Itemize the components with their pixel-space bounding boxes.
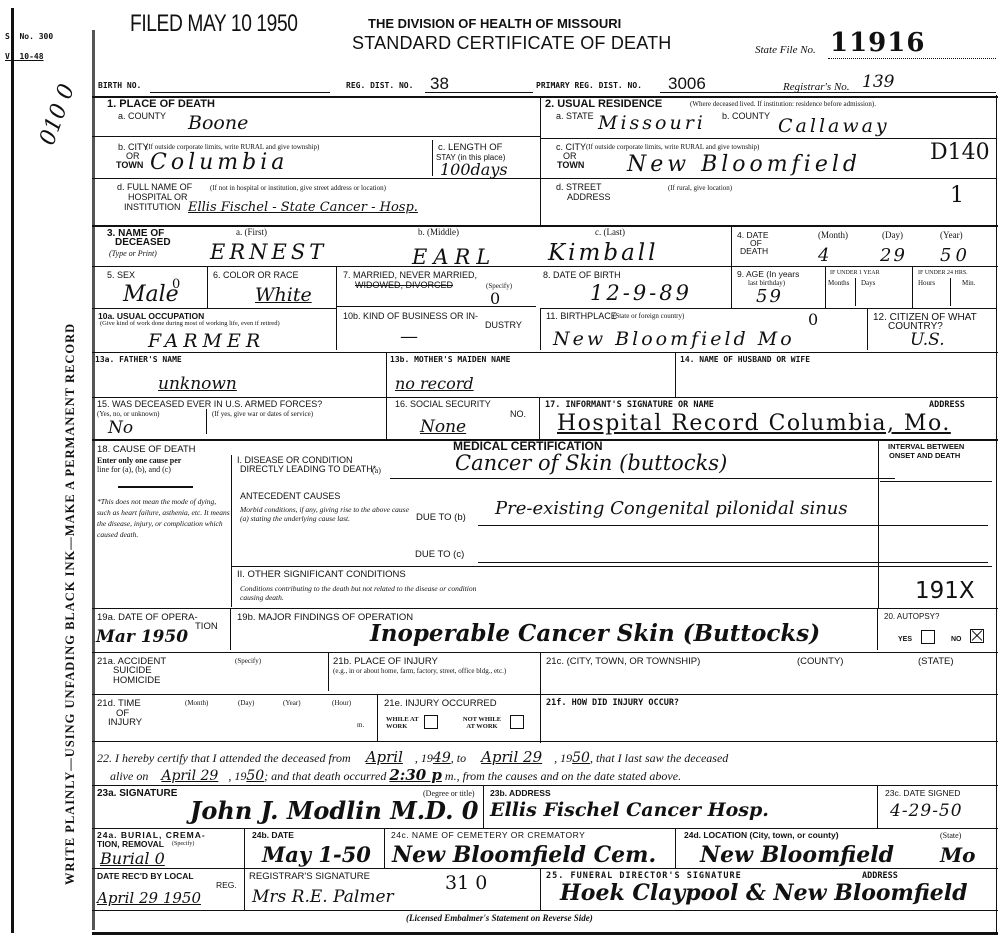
- line: [207, 267, 208, 308]
- injury-year-label: (Year): [283, 700, 301, 707]
- mother-value[interactable]: no record: [395, 374, 474, 393]
- line: [877, 786, 878, 828]
- line: [675, 352, 676, 397]
- line: [540, 308, 541, 350]
- cause-of-death-label: 18. CAUSE OF DEATH: [97, 445, 196, 455]
- business-label-2: DUSTRY: [485, 321, 522, 330]
- line: [675, 828, 676, 868]
- business-label: 10b. KIND OF BUSINESS OR IN-: [343, 312, 478, 321]
- first-name-value[interactable]: ERNEST: [210, 240, 327, 264]
- last-seen-year[interactable]: 50: [246, 768, 264, 784]
- state-file-label: State File No.: [755, 44, 816, 56]
- cemetery-value[interactable]: New Bloomfield Cem.: [392, 842, 656, 868]
- residence-city-mark: D140: [930, 140, 990, 165]
- sex-label: 5. SEX: [107, 271, 135, 280]
- registrar-signature[interactable]: Mrs R.E. Palmer: [252, 887, 394, 907]
- spouse-label: 14. NAME OF HUSBAND OR WIFE: [680, 356, 810, 364]
- operation-date-label: 19a. DATE OF OPERA-: [97, 613, 198, 623]
- antecedent-hint: Morbid conditions, if any, giving rise t…: [240, 505, 410, 523]
- line: [244, 828, 245, 868]
- death-month-value[interactable]: 4: [818, 245, 829, 266]
- year-label: (Year): [940, 231, 963, 240]
- line: [92, 741, 998, 742]
- burial-state-label: (State): [940, 832, 961, 840]
- certify-text-3: ; and that death occurred: [264, 769, 386, 783]
- funeral-director-signature[interactable]: Hoek Claypool & New Bloomfield: [560, 880, 968, 906]
- primary-underline: [660, 92, 996, 93]
- injury-county-label: (COUNTY): [797, 657, 843, 667]
- line: [540, 653, 541, 743]
- death-year-value[interactable]: 50: [940, 245, 971, 266]
- residence-city-hint: (If outside corporate limits, write RURA…: [586, 144, 759, 151]
- embalmer-note: (Licensed Embalmer's Statement on Revers…: [406, 913, 593, 923]
- race-value[interactable]: White: [255, 284, 312, 306]
- disease-label-2: DIRECTLY LEADING TO DEATH*: [240, 465, 376, 474]
- injury-day-label: (Day): [238, 700, 254, 707]
- certify-text-4: m., from the causes and on the date stat…: [445, 769, 681, 783]
- birth-no-underline: [150, 92, 330, 93]
- year-prefix: , 19: [554, 751, 572, 765]
- death-date-label-3: DEATH: [740, 247, 768, 256]
- months-label: Months: [828, 280, 849, 287]
- injury-hour-label: (Hour): [332, 700, 351, 707]
- ssn-label-2: NO.: [510, 410, 526, 419]
- informant-value[interactable]: Hospital Record Columbia, Mo.: [557, 411, 951, 436]
- stay-value[interactable]: 100days: [440, 160, 508, 179]
- interval-value[interactable]: 191X: [915, 578, 975, 604]
- other-conditions-label: II. OTHER SIGNIFICANT CONDITIONS: [237, 570, 406, 580]
- death-time[interactable]: 2:30 p: [389, 766, 442, 784]
- line: [92, 828, 998, 829]
- father-label: 13a. FATHER'S NAME: [95, 356, 182, 364]
- injury-state-label: (STATE): [918, 657, 954, 667]
- attended-to-date[interactable]: April 29: [469, 748, 554, 766]
- age-label: 9. AGE (In years: [737, 270, 799, 279]
- line: [92, 910, 998, 911]
- autopsy-no-checkbox[interactable]: [970, 629, 984, 643]
- line: [92, 652, 998, 653]
- not-while-at-work-label: NOT WHILE AT WORK: [458, 717, 506, 731]
- burial-specify: (Specify): [172, 841, 194, 847]
- while-at-work-label: WHILE AT WORK: [386, 717, 422, 731]
- year-prefix: , 19: [415, 751, 433, 765]
- interval-label-2: ONSET AND DEATH: [889, 452, 960, 460]
- form-number: S. No. 300: [5, 33, 53, 41]
- ssn-value[interactable]: None: [420, 417, 466, 437]
- date-received-label: DATE REC'D BY LOCAL: [97, 872, 194, 881]
- line: [855, 278, 856, 306]
- armed-service-hint: (If yes, give war or dates of service): [212, 411, 313, 418]
- death-county-value[interactable]: Boone: [188, 112, 248, 134]
- burial-value[interactable]: Burial 0: [100, 849, 165, 868]
- year-prefix: , 19: [228, 769, 246, 783]
- cause-footnote: *This does not mean the mode of dying, s…: [97, 497, 231, 541]
- registrar-signature-label: REGISTRAR'S SIGNATURE: [249, 872, 370, 882]
- accident-specify: (Specify): [235, 658, 261, 665]
- attended-from-year[interactable]: 49: [433, 750, 451, 766]
- cause-b-value[interactable]: Pre-existing Congenital pilonidal sinus: [495, 498, 848, 519]
- while-at-work-checkbox[interactable]: [424, 715, 438, 729]
- burial-date-value[interactable]: May 1-50: [262, 842, 371, 867]
- father-value[interactable]: unknown: [158, 374, 237, 394]
- reg-dist-underline: [425, 92, 533, 93]
- race-label: 6. COLOR OR RACE: [213, 271, 299, 280]
- street-value[interactable]: 1: [950, 183, 964, 208]
- armed-forces-label: 15. WAS DECEASED EVER IN U.S. ARMED FORC…: [97, 400, 322, 409]
- form-bottom-border: [92, 932, 998, 935]
- certificate-title: STANDARD CERTIFICATE OF DEATH: [352, 33, 671, 54]
- line: [386, 352, 387, 397]
- line: [92, 608, 998, 609]
- date-received-value[interactable]: April 29 1950: [97, 889, 201, 907]
- month-label: (Month): [818, 231, 848, 240]
- informant-address-label: ADDRESS: [929, 401, 965, 410]
- line: [950, 278, 951, 306]
- line: [231, 455, 232, 607]
- town-label: TOWN: [557, 161, 584, 170]
- ssn-label: 16. SOCIAL SECURITY: [395, 400, 491, 409]
- death-city-value[interactable]: Columbia: [150, 150, 288, 175]
- line: [377, 695, 378, 741]
- left-margin-rule: [11, 8, 14, 933]
- line: [244, 868, 245, 910]
- occupation-value[interactable]: FARMER: [148, 330, 265, 352]
- hospital-label-3: INSTITUTION: [124, 203, 181, 212]
- line: [118, 486, 193, 488]
- line: [92, 136, 540, 137]
- days-label: Days: [861, 280, 875, 287]
- line: [92, 785, 998, 786]
- line: [336, 306, 536, 307]
- section-divider: [92, 225, 998, 227]
- alive-on-label: alive on: [110, 769, 148, 783]
- min-label: Min.: [962, 280, 975, 287]
- dob-label: 8. DATE OF BIRTH: [543, 271, 621, 280]
- sex-mark: 0: [172, 277, 180, 292]
- operation-date-label-2: TION: [195, 622, 218, 632]
- burial-date-label: 24b. DATE: [252, 831, 294, 840]
- primary-reg-dist-value[interactable]: 3006: [668, 74, 706, 94]
- under-24-hrs-label: IF UNDER 24 HRS.: [918, 270, 968, 276]
- line: [231, 566, 881, 567]
- cause-hint-2: line for (a), (b), and (c): [97, 466, 171, 474]
- informant-label: 17. INFORMANT'S SIGNATURE OR NAME: [545, 401, 714, 410]
- line: [880, 481, 992, 482]
- date-signed-label: 23c. DATE SIGNED: [885, 789, 960, 798]
- last-seen-date[interactable]: April 29: [151, 768, 228, 784]
- middle-name-label: b. (Middle): [418, 228, 459, 237]
- dob-value[interactable]: 12-9-89: [590, 281, 692, 305]
- residence-state-value[interactable]: Missouri: [598, 112, 706, 134]
- not-while-at-work-checkbox[interactable]: [510, 715, 524, 729]
- burial-label-2: TION, REMOVAL: [97, 840, 164, 849]
- residence-county-value[interactable]: Callaway: [778, 115, 890, 137]
- antecedent-label: ANTECEDENT CAUSES: [240, 492, 340, 501]
- autopsy-yes-checkbox[interactable]: [921, 630, 935, 644]
- line: [731, 226, 732, 266]
- autopsy-no-label: NO: [951, 636, 962, 643]
- date-signed-value[interactable]: 4-29-50: [890, 801, 963, 821]
- form-right-border: [996, 95, 997, 935]
- under-1-year-label: IF UNDER 1 YEAR: [830, 270, 880, 276]
- hospital-hint: (If not in hospital or institution, give…: [210, 185, 386, 192]
- how-injury-occurred-label: 21f. HOW DID INJURY OCCUR?: [546, 699, 679, 708]
- birthplace-label: 11. BIRTHPLACE: [546, 312, 617, 321]
- sex-value[interactable]: Male: [123, 282, 179, 307]
- line: [92, 694, 998, 695]
- line: [540, 868, 541, 910]
- last-name-value[interactable]: Kimball: [548, 240, 659, 266]
- physician-address[interactable]: Ellis Fischel Cancer Hosp.: [490, 799, 769, 821]
- line: [92, 352, 998, 353]
- burial-location-value[interactable]: New Bloomfield: [700, 842, 894, 868]
- margin-handwritten-mark: 010 0: [35, 81, 80, 149]
- street-hint: (If rural, give location): [668, 185, 732, 192]
- birthplace-mark: 0: [808, 310, 818, 329]
- cemetery-label: 24c. NAME OF CEMETERY OR CREMATORY: [391, 831, 585, 840]
- day-label: (Day): [882, 231, 903, 240]
- cause-a-label: (a): [372, 467, 381, 475]
- name-label-3: (Type or Print): [109, 249, 157, 258]
- business-value[interactable]: —: [400, 326, 418, 347]
- town-label: TOWN: [116, 161, 143, 170]
- injury-m-label: m.: [357, 722, 364, 729]
- birth-no-label: BIRTH NO.: [98, 82, 141, 90]
- autopsy-label: 20. AUTOPSY?: [884, 613, 939, 621]
- attended-from-date[interactable]: April: [354, 748, 415, 766]
- filed-stamp: FILED MAY 10 1950: [130, 10, 298, 38]
- due-to-c-label: DUE TO (c): [415, 550, 464, 560]
- residence-divider: [540, 97, 541, 225]
- registrar-no-value[interactable]: 139: [862, 72, 894, 92]
- line: [483, 786, 484, 828]
- burial-location-label: 24d. LOCATION (City, town, or county): [684, 831, 839, 840]
- line: [825, 267, 826, 308]
- line: [328, 653, 329, 691]
- line: [92, 266, 998, 267]
- line: [386, 397, 387, 439]
- injury-occurred-label: 21e. INJURY OCCURRED: [384, 699, 497, 709]
- occupation-hint: (Give kind of work done during most of w…: [100, 321, 330, 328]
- time-of-injury-label-3: INJURY: [108, 718, 142, 728]
- autopsy-yes-label: YES: [898, 636, 912, 643]
- cause-a-value[interactable]: Cancer of Skin (buttocks): [455, 451, 727, 475]
- other-conditions-hint: Conditions contributing to the death but…: [240, 584, 480, 602]
- residence-label: 2. USUAL RESIDENCE: [545, 99, 662, 111]
- line: [384, 828, 385, 868]
- marital-label-2: WIDOWED, DIVORCED: [355, 281, 453, 290]
- attended-to-year[interactable]: 50: [572, 750, 590, 766]
- armed-forces-value[interactable]: No: [108, 418, 133, 438]
- place-of-death-label: 1. PLACE OF DEATH: [107, 99, 215, 111]
- line: [478, 525, 988, 526]
- last-name-label: c. (Last): [595, 228, 625, 237]
- line: [880, 566, 992, 567]
- form-left-border: [92, 30, 95, 930]
- physician-signature[interactable]: John J. Modlin M.D. 0: [190, 796, 479, 825]
- line: [540, 308, 996, 309]
- due-to-b-label: DUE TO (b): [416, 513, 466, 523]
- state-file-number: 11916: [830, 28, 925, 58]
- line: [206, 409, 207, 434]
- line: [336, 267, 337, 350]
- line: [878, 440, 879, 608]
- citizen-value[interactable]: U.S.: [910, 330, 945, 350]
- name-label-2: DECEASED: [115, 238, 171, 249]
- birthplace-value[interactable]: New Bloomfield Mo: [553, 328, 795, 350]
- residence-hint: (Where deceased lived. If institution: r…: [690, 101, 876, 108]
- homicide-label: HOMICIDE: [113, 676, 161, 686]
- certify-line-2: alive on April 29, 1950; and that death …: [110, 766, 681, 784]
- hours-label: Hours: [918, 280, 935, 287]
- form-revision: V. 10-48: [5, 53, 44, 61]
- residence-state-label: a. STATE: [556, 112, 594, 121]
- reg-dist-label: REG. DIST. NO.: [346, 82, 413, 90]
- death-day-value[interactable]: 29: [880, 245, 907, 266]
- line: [92, 868, 998, 869]
- primary-reg-dist-label: PRIMARY REG. DIST. NO.: [536, 82, 642, 90]
- agency-title: THE DIVISION OF HEALTH OF MISSOURI: [368, 16, 621, 31]
- registrar-mark: 31 0: [445, 872, 487, 894]
- state-file-underline: [828, 58, 996, 59]
- line: [540, 138, 996, 139]
- place-of-injury-hint: (e.g., in or about home, farm, factory, …: [333, 668, 513, 675]
- residence-county-label: b. COUNTY: [722, 112, 770, 121]
- burial-state-value[interactable]: Mo: [940, 843, 975, 867]
- birthplace-hint: (State or foreign country): [613, 313, 684, 320]
- death-county-label: a. COUNTY: [118, 112, 166, 121]
- physician-address-label: 23b. ADDRESS: [490, 789, 551, 798]
- line: [731, 267, 732, 308]
- line: [867, 308, 868, 350]
- place-of-injury-label: 21b. PLACE OF INJURY: [333, 657, 438, 667]
- line: [877, 609, 878, 650]
- injury-month-label: (Month): [185, 700, 208, 707]
- first-name-label: a. (First): [236, 228, 267, 237]
- vertical-instruction: WRITE PLAINLY—USING UNFADING BLACK INK—M…: [63, 323, 78, 885]
- line: [539, 397, 540, 439]
- stay-label: c. LENGTH OF: [438, 143, 502, 153]
- line: [478, 562, 988, 563]
- reg-dist-value[interactable]: 38: [430, 74, 449, 94]
- certify-text-2: , that I last saw the deceased: [590, 751, 728, 765]
- line: [432, 140, 433, 176]
- interval-label: INTERVAL BETWEEN: [888, 443, 964, 451]
- line: [92, 178, 540, 179]
- certify-line-1: 22. I hereby certify that I attended the…: [97, 748, 728, 766]
- signature-label: 23a. SIGNATURE: [97, 789, 177, 800]
- line: [92, 397, 998, 398]
- line: [540, 178, 996, 179]
- line: [912, 267, 913, 308]
- line: [390, 478, 895, 479]
- to-word: , to: [451, 751, 466, 765]
- operation-date-value[interactable]: Mar 1950: [96, 627, 188, 647]
- mother-label: 13b. MOTHER'S MAIDEN NAME: [390, 356, 510, 364]
- date-received-label-2: REG.: [216, 881, 237, 890]
- line: [230, 609, 231, 650]
- age-value[interactable]: 59: [756, 286, 783, 307]
- residence-city-value[interactable]: New Bloomfield: [627, 152, 861, 177]
- line: [92, 308, 336, 309]
- injury-city-label: 21c. (CITY, TOWN, OR TOWNSHIP): [546, 657, 700, 667]
- hospital-value[interactable]: Ellis Fischel - State Cancer - Hosp.: [188, 200, 418, 215]
- findings-value[interactable]: Inoperable Cancer Skin (Buttocks): [370, 620, 820, 647]
- certify-text: 22. I hereby certify that I attended the…: [97, 751, 351, 765]
- street-label-2: ADDRESS: [567, 193, 611, 202]
